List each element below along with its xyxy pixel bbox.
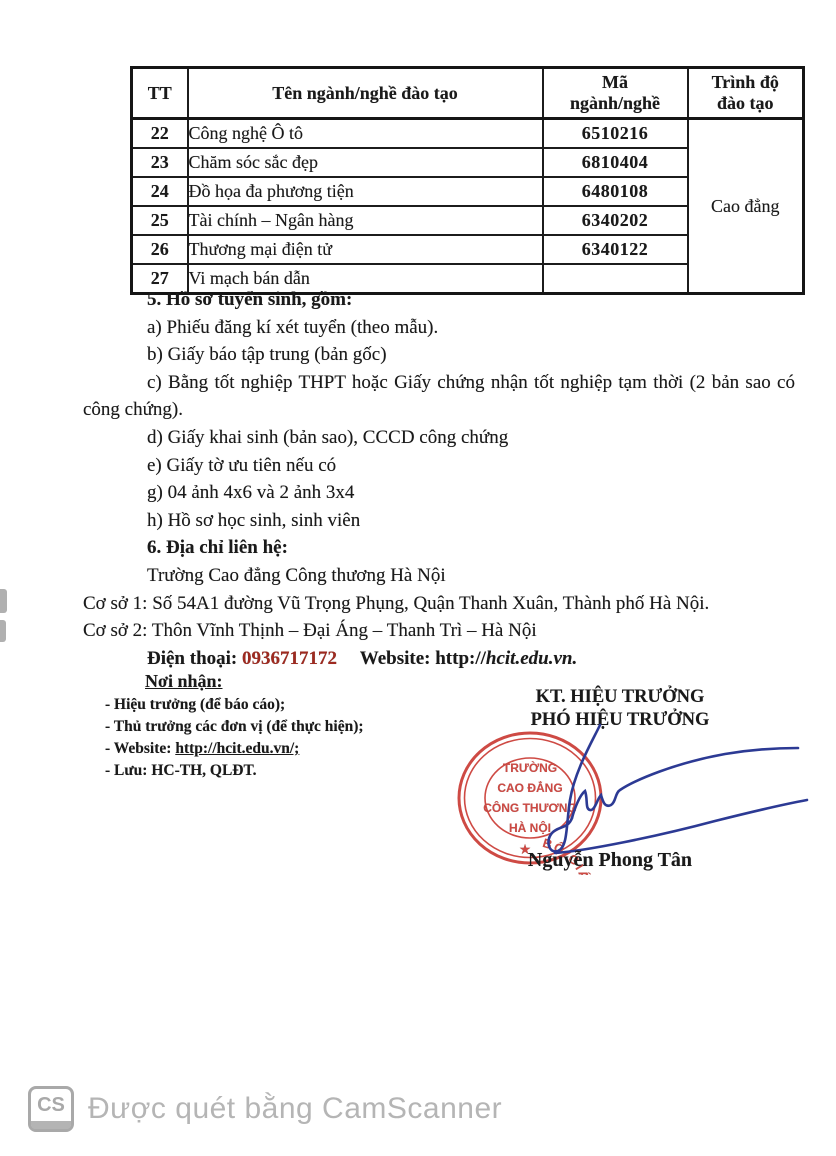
header-tt: TT [132,68,188,119]
recipient-item: - Thủ trưởng các đơn vị (để thực hiện); [105,716,453,738]
signing-title-line1: KT. HIỆU TRƯỞNG [500,686,740,709]
phone-number: 0936717172 [242,648,337,669]
cell-tt: 26 [132,235,188,264]
recipients-block: Nơi nhận: - Hiệu trưởng (để báo cáo); - … [83,671,453,782]
cell-code: 6480108 [543,177,688,206]
scan-artifact [0,620,6,642]
cell-tt: 23 [132,148,188,177]
admission-item-a: a) Phiếu đăng kí xét tuyển (theo mẫu). [83,314,795,342]
document-body: 5. Hồ sơ tuyển sinh, gồm: a) Phiếu đăng … [83,286,795,672]
cell-code: 6810404 [543,148,688,177]
cell-tt: 25 [132,206,188,235]
phone-label: Điện thoại: [147,648,237,669]
contact-line: Điện thoại: 0936717172 Website: http://h… [83,645,795,673]
admission-item-d: d) Giấy khai sinh (bản sao), CCCD công c… [83,424,795,452]
cell-name: Thương mại điện tử [188,235,543,264]
cell-code: 6340202 [543,206,688,235]
camscanner-watermark-text: Được quét bằng CamScanner [88,1092,502,1126]
admission-item-g: g) 04 ảnh 4x6 và 2 ảnh 3x4 [83,479,795,507]
stamp-inner-line4: HÀ NỘI [509,820,551,835]
cell-tt: 22 [132,119,188,149]
camscanner-watermark: CS Được quét bằng CamScanner [28,1086,502,1132]
school-name: Trường Cao đẳng Công thương Hà Nội [83,562,795,590]
camscanner-logo-icon: CS [28,1086,74,1132]
cell-code: 6510216 [543,119,688,149]
scanned-document-page: TT Tên ngành/nghề đào tạo Mã ngành/nghề … [0,0,836,1156]
admission-item-e: e) Giấy tờ ưu tiên nếu có [83,452,795,480]
signature-ink [548,725,807,853]
website-url-prefix: http:// [435,648,486,669]
table-header-row: TT Tên ngành/nghề đào tạo Mã ngành/nghề … [132,68,804,119]
cell-name: Công nghệ Ô tô [188,119,543,149]
recipients-title: Nơi nhận: [145,671,453,692]
cell-tt: 24 [132,177,188,206]
stamp-inner-line2: CAO ĐẲNG [497,780,562,795]
scan-artifact [0,589,7,613]
signature-stroke [572,748,798,818]
admission-item-h: h) Hồ sơ học sinh, sinh viên [83,507,795,535]
website-url-domain: hcit.edu.vn. [486,648,577,669]
recipient-website-link: http://hcit.edu.vn/; [175,740,299,757]
table-row: 22 Công nghệ Ô tô 6510216 Cao đẳng [132,119,804,149]
stamp-inner-line1: TRƯỜNG [503,760,557,775]
cell-code: 6340122 [543,235,688,264]
cell-name: Tài chính – Ngân hàng [188,206,543,235]
cell-name: Đồ họa đa phương tiện [188,177,543,206]
campus-1-address: Cơ sở 1: Số 54A1 đường Vũ Trọng Phụng, Q… [83,590,795,618]
cell-level-merged: Cao đẳng [688,119,804,294]
admission-item-b: b) Giấy báo tập trung (bản gốc) [83,341,795,369]
recipient-item: - Hiệu trưởng (để báo cáo); [105,694,453,716]
admission-item-c: c) Bằng tốt nghiệp THPT hoặc Giấy chứng … [83,369,795,424]
signer-name: Nguyễn Phong Tân [495,849,725,872]
website-label: Website: [360,648,431,669]
header-level: Trình độ đào tạo [688,68,804,119]
section-6-title: 6. Địa chỉ liên hệ: [83,534,795,562]
cell-name: Chăm sóc sắc đẹp [188,148,543,177]
campus-2-address: Cơ sở 2: Thôn Vĩnh Thịnh – Đại Áng – Tha… [83,617,795,645]
section-5-title: 5. Hồ sơ tuyển sinh, gồm: [83,286,795,314]
stamp-inner-line3: CÔNG THƯƠNG [483,800,577,815]
program-table: TT Tên ngành/nghề đào tạo Mã ngành/nghề … [130,66,805,295]
recipient-item-website: - Website: http://hcit.edu.vn/; [105,738,453,760]
header-name: Tên ngành/nghề đào tạo [188,68,543,119]
recipient-item: - Lưu: HC-TH, QLĐT. [105,760,453,782]
header-code: Mã ngành/nghề [543,68,688,119]
